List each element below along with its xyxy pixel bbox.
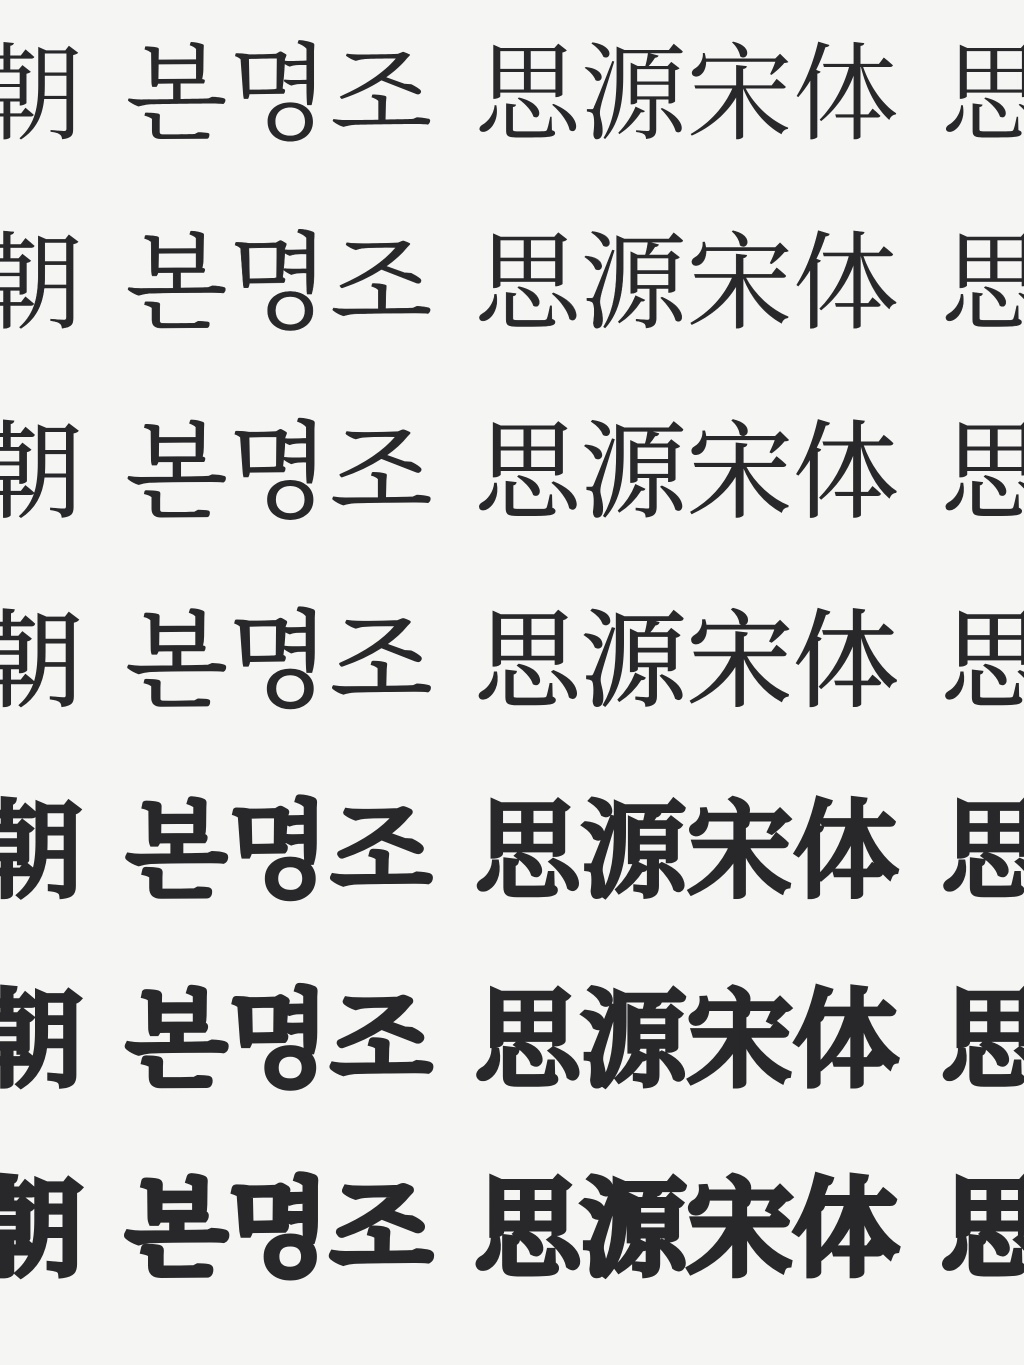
clipped-left-glyph: 朝 [0,42,83,148]
specimen-row-bold: 朝 본명조 思源宋体 思 [0,945,1024,1134]
clipped-left-glyph: 朝 [0,798,83,904]
chinese-name: 思源宋体 [475,420,899,526]
chinese-name: 思源宋体 [475,609,899,715]
clipped-right-glyph: 思 [941,1176,1024,1282]
specimen-row-heavy: 朝 본명조 思源宋体 思 [0,1134,1024,1323]
clipped-right-glyph: 思 [941,987,1024,1093]
specimen-row-light: 朝 본명조 思源宋体 思 [0,189,1024,378]
clipped-left-glyph: 朝 [0,987,83,1093]
specimen-row-semibold: 朝 본명조 思源宋体 思 [0,756,1024,945]
clipped-left-glyph: 朝 [0,1176,83,1282]
korean-name: 본명조 [125,1176,432,1282]
clipped-right-glyph: 思 [941,420,1024,526]
clipped-left-glyph: 朝 [0,231,83,337]
korean-name: 본명조 [125,609,432,715]
specimen-row-extralight: 朝 본명조 思源宋体 思 [0,0,1024,189]
clipped-right-glyph: 思 [941,609,1024,715]
specimen-row-list: 朝 본명조 思源宋体 思 朝 본명조 思源宋体 思 朝 본명조 思源宋体 思 朝… [0,0,1024,1323]
chinese-name: 思源宋体 [475,798,899,904]
chinese-name: 思源宋体 [475,231,899,337]
chinese-name: 思源宋体 [475,1176,899,1282]
korean-name: 본명조 [125,420,432,526]
specimen-row-regular: 朝 본명조 思源宋体 思 [0,378,1024,567]
clipped-right-glyph: 思 [941,231,1024,337]
clipped-right-glyph: 思 [941,42,1024,148]
korean-name: 본명조 [125,987,432,1093]
clipped-left-glyph: 朝 [0,609,83,715]
chinese-name: 思源宋体 [475,42,899,148]
font-specimen-canvas: 朝 본명조 思源宋体 思 朝 본명조 思源宋体 思 朝 본명조 思源宋体 思 朝… [0,0,1024,1365]
chinese-name: 思源宋体 [475,987,899,1093]
korean-name: 본명조 [125,231,432,337]
korean-name: 본명조 [125,42,432,148]
korean-name: 본명조 [125,798,432,904]
clipped-right-glyph: 思 [941,798,1024,904]
specimen-row-medium: 朝 본명조 思源宋体 思 [0,567,1024,756]
clipped-left-glyph: 朝 [0,420,83,526]
